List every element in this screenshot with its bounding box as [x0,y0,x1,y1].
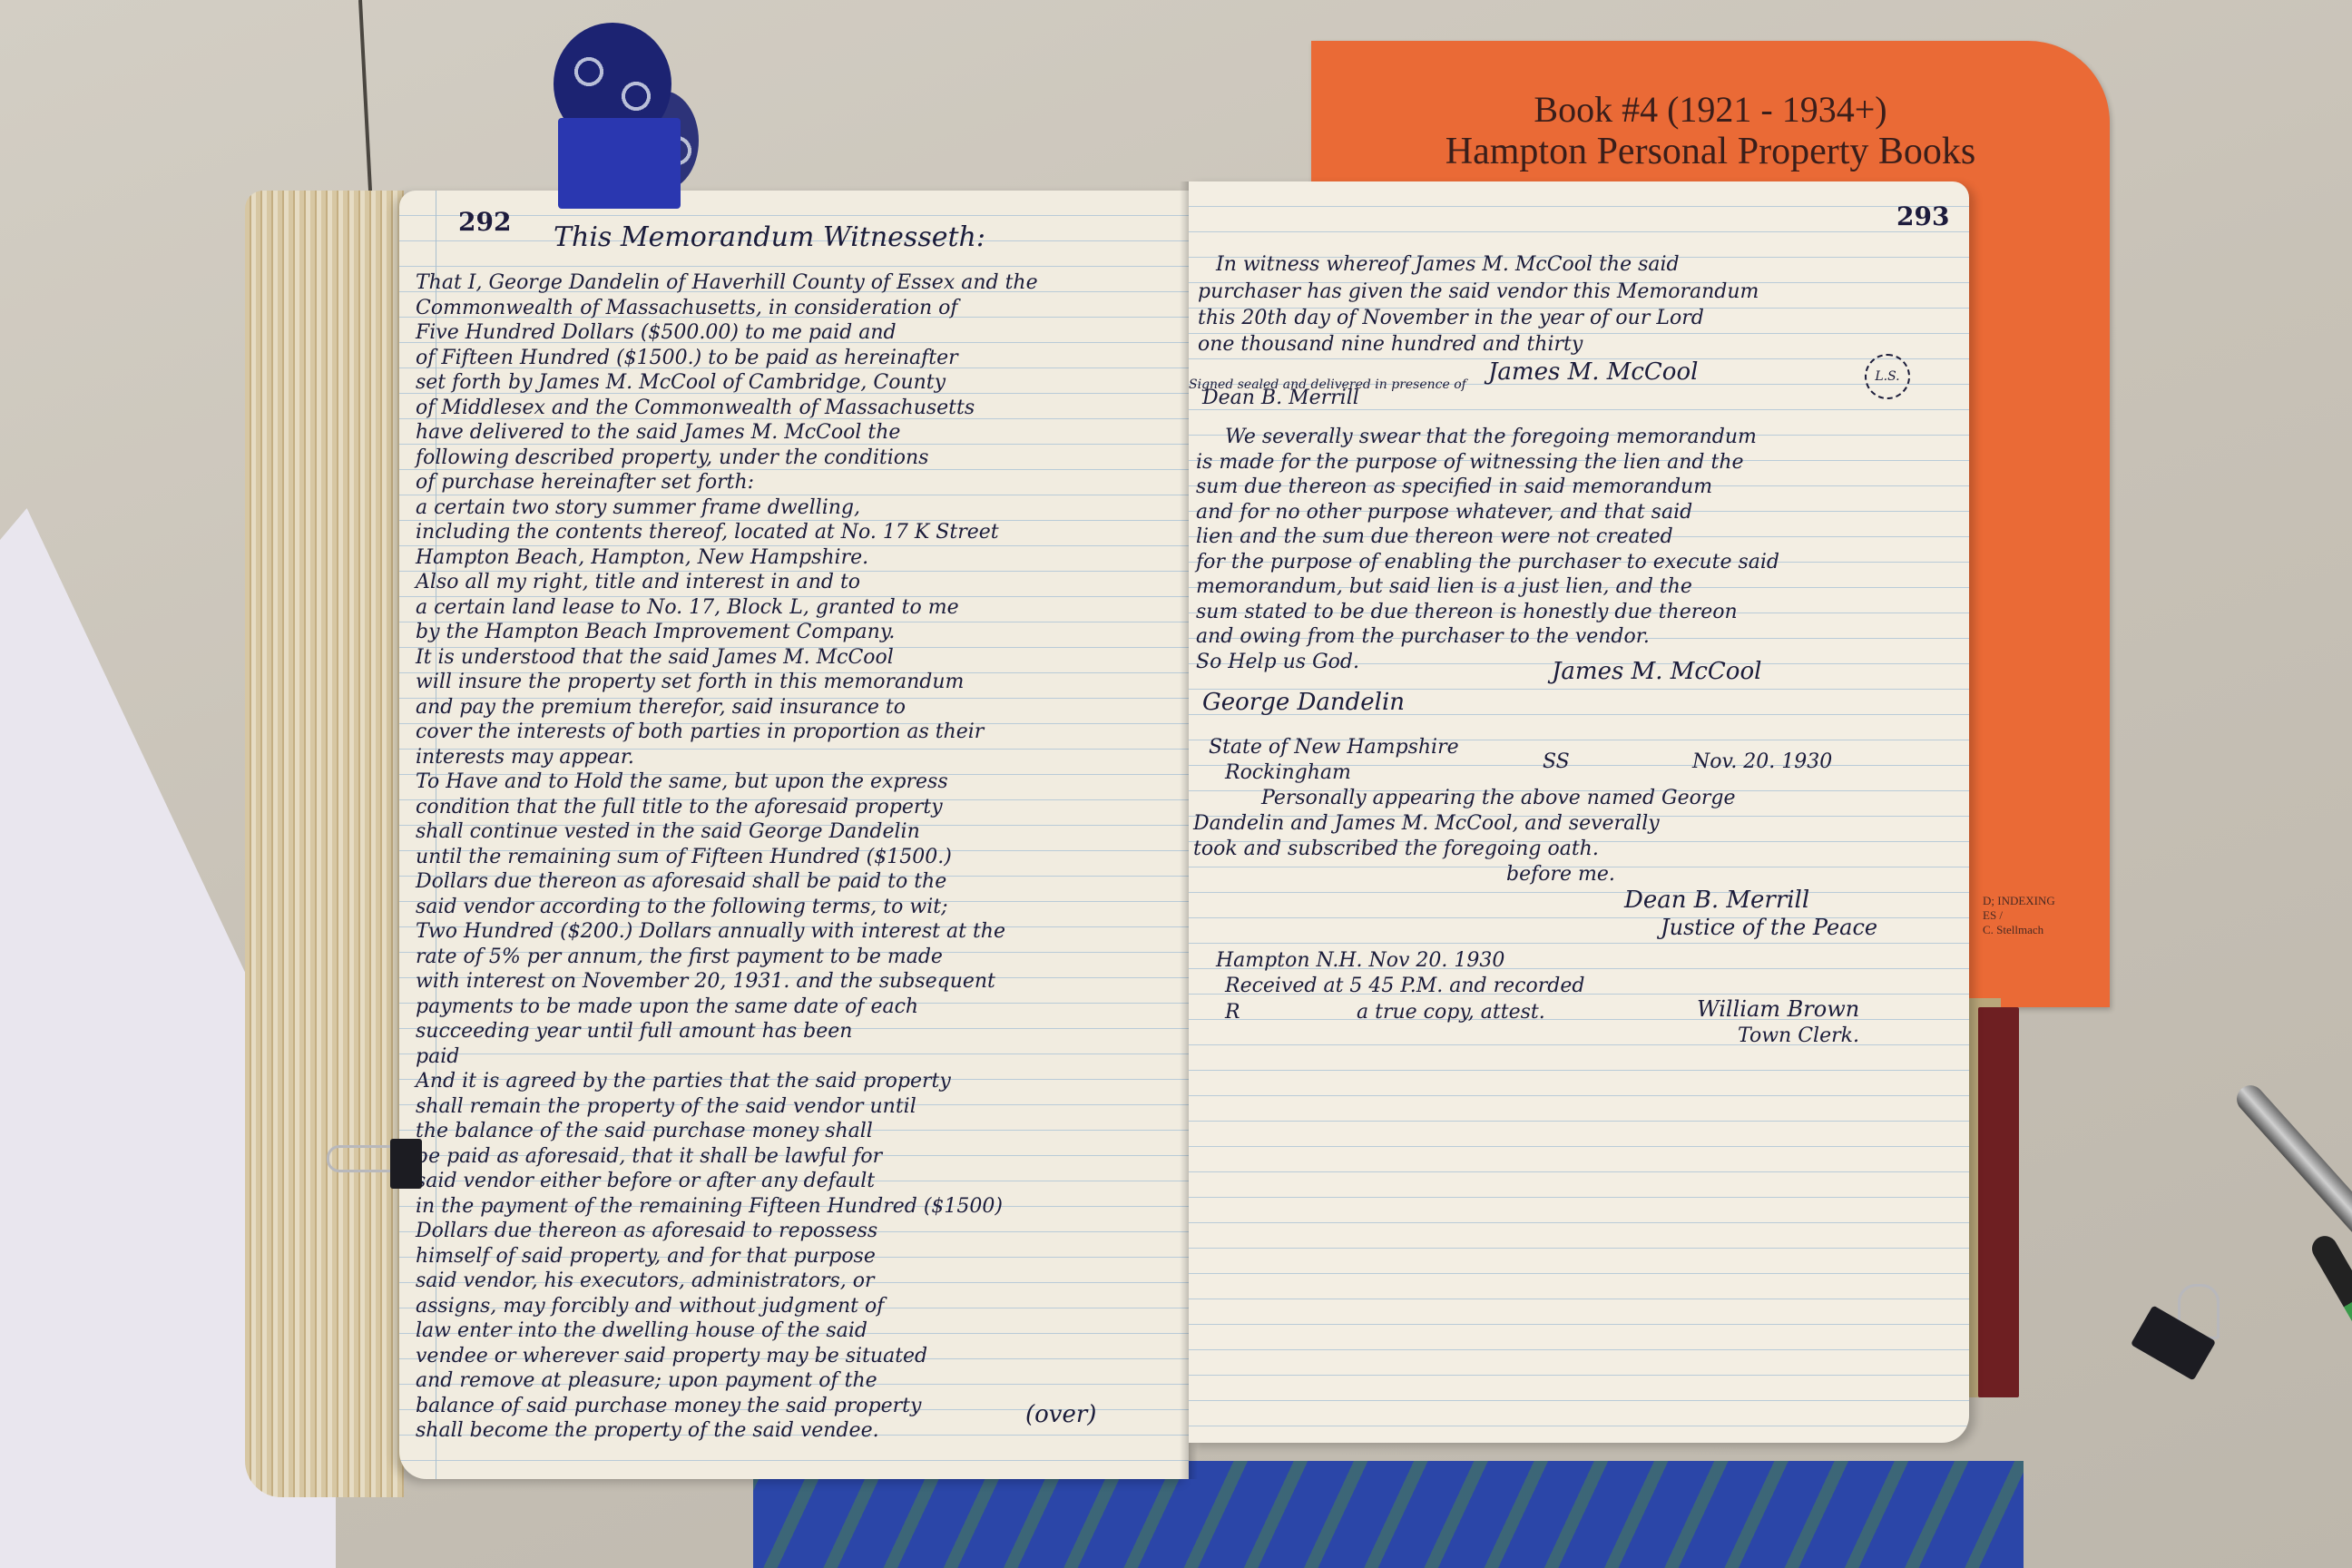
witness-line-3: this 20th day of November in the year of… [1198,306,1704,331]
left-text-line: by the Hampton Beach Improvement Company… [416,620,895,645]
blue-binder-clip [558,118,681,209]
ledger-page-right: 293 In witness whereof James M. McCool t… [1189,181,1969,1443]
orange-footer-line3: C. Stellmach [1983,923,2055,937]
orange-footer-line1: D; INDEXING [1983,894,2055,908]
left-text-line: Commonwealth of Massachusetts, in consid… [416,296,958,321]
left-text-line: set forth by James M. McCool of Cambridg… [416,370,946,396]
left-text-line: until the remaining sum of Fifteen Hundr… [416,845,952,870]
left-text-line: assigns, may forcibly and without judgme… [416,1294,884,1319]
left-text-line: cover the interests of both parties in p… [416,720,984,745]
left-text-line: rate of 5% per annum, the first payment … [416,945,943,970]
left-text-line: and pay the premium therefor, said insur… [416,695,906,720]
jurat-ss: SS [1543,750,1570,775]
memorandum-heading: This Memorandum Witnesseth: [554,225,985,250]
left-text-line: balance of said purchase money the said … [416,1394,921,1419]
left-text-line: the balance of the said purchase money s… [416,1119,873,1144]
recording-received: Received at 5 45 P.M. and recorded [1225,974,1584,999]
jurat-county: Rockingham [1225,760,1351,786]
ledger-page-left: 292 This Memorandum Witnesseth: That I, … [399,191,1189,1479]
oath-text-line: for the purpose of enabling the purchase… [1196,550,1779,575]
left-text-line: To Have and to Hold the same, but upon t… [416,769,948,795]
oath-text-line: lien and the sum due thereon were not cr… [1196,524,1673,550]
binder-clip-wire [327,1145,400,1172]
left-text-line: Dollars due thereon as aforesaid to repo… [416,1219,877,1244]
jurat-line-1: Personally appearing the above named Geo… [1261,786,1736,811]
left-text-line: vendee or wherever said property may be … [416,1344,927,1369]
oath-text-line: sum due thereon as specified in said mem… [1196,475,1712,500]
orange-footer-line2: ES / [1983,908,2055,923]
witness-line-1: In witness whereof James M. McCool the s… [1216,252,1680,278]
left-text-line: himself of said property, and for that p… [416,1244,876,1269]
left-text-line: shall remain the property of the said ve… [416,1094,916,1120]
left-text-line: shall continue vested in the said George… [416,819,920,845]
oath-text-line: is made for the purpose of witnessing th… [1196,450,1744,475]
page-number-left: 292 [458,207,511,237]
jurat-state: State of New Hampshire [1209,735,1459,760]
book-cover-spine [1978,1007,2019,1397]
left-text-line: a certain two story summer frame dwellin… [416,495,860,521]
recording-r-mark: R [1225,1000,1240,1025]
left-text-line: in the payment of the remaining Fifteen … [416,1194,1003,1220]
jurat-line-3: took and subscribed the foregoing oath. [1193,837,1599,862]
left-text-line: shall become the property of the said ve… [416,1418,879,1444]
page-number-right: 293 [1896,201,1949,231]
oath-text-line: So Help us God. [1196,650,1359,675]
recording-attest: a true copy, attest. [1357,1000,1545,1025]
orange-title-line1: Book #4 (1921 - 1934+) [1311,88,2110,131]
clerk-signature: William Brown [1697,996,1859,1022]
left-text-line: of Fifteen Hundred ($1500.) to be paid a… [416,346,958,371]
left-text-line: That I, George Dandelin of Haverhill Cou… [416,270,1038,296]
left-text-line: And it is agreed by the parties that the… [416,1069,951,1094]
left-text-line: and remove at pleasure; upon payment of … [416,1368,877,1394]
over-note: (over) [1025,1402,1096,1427]
left-text-line: said vendor either before or after any d… [416,1169,875,1194]
left-text-line: a certain land lease to No. 17, Block L,… [416,595,959,621]
seal-icon: L.S. [1865,354,1910,399]
left-text-line: Dollars due thereon as aforesaid shall b… [416,869,946,895]
left-text-line: law enter into the dwelling house of the… [416,1318,867,1344]
signature-mccool: James M. McCool [1488,359,1698,385]
left-text-line: will insure the property set forth in th… [416,670,964,695]
left-text-line: including the contents thereof, located … [416,520,999,545]
left-text-line: be paid as aforesaid, that it shall be l… [416,1144,882,1170]
left-text-line: succeeding year until full amount has be… [416,1019,852,1044]
left-text-line: Also all my right, title and interest in… [416,570,860,595]
oath-text-line: We severally swear that the foregoing me… [1225,425,1757,450]
left-text-line: said vendor according to the following t… [416,895,948,920]
black-binder-clip [390,1139,422,1189]
clerk-title: Town Clerk. [1738,1024,1859,1049]
left-text-line: with interest on November 20, 1931. and … [416,969,995,995]
oath-signature-mccool: James M. McCool [1552,659,1761,684]
left-text-line: Five Hundred Dollars ($500.00) to me pai… [416,320,897,346]
jurat-title: Justice of the Peace [1661,915,1877,940]
left-text-line: following described property, under the … [416,446,928,471]
witness-line-2: purchaser has given the said vendor this… [1198,279,1759,305]
left-text-line: Two Hundred ($200.) Dollars annually wit… [416,919,1005,945]
jurat-before-me: before me. [1506,862,1615,887]
jurat-line-2: Dandelin and James M. McCool, and severa… [1193,811,1660,837]
oath-text-line: memorandum, but said lien is a just lien… [1196,574,1692,600]
orange-footer-note: D; INDEXING ES / C. Stellmach [1983,894,2055,937]
recording-place-date: Hampton N.H. Nov 20. 1930 [1216,948,1504,974]
left-text-line: condition that the full title to the afo… [416,795,943,820]
oath-text-line: and for no other purpose whatever, and t… [1196,500,1692,525]
ragged-page-stack [245,191,404,1497]
witness-line-4: one thousand nine hundred and thirty [1198,332,1583,358]
jurat-signature-merrill: Dean B. Merrill [1624,887,1809,913]
oath-text-line: sum stated to be due thereon is honestly… [1196,600,1738,625]
oath-signature-dandelin: George Dandelin [1202,690,1405,715]
left-text-line: Hampton Beach, Hampton, New Hampshire. [416,545,868,571]
left-text-line: interests may appear. [416,745,634,770]
left-text-line: It is understood that the said James M. … [416,645,894,671]
signature-merrill-witness: Dean B. Merrill [1202,386,1359,411]
left-text-line: payments to be made upon the same date o… [416,995,918,1020]
orange-title-line2: Hampton Personal Property Books [1311,130,2110,173]
left-text-line: said vendor, his executors, administrato… [416,1269,875,1294]
left-text-line: paid [416,1044,459,1070]
left-text-line: of Middlesex and the Commonwealth of Mas… [416,396,975,421]
left-text-line: of purchase hereinafter set forth: [416,470,754,495]
oath-text-line: and owing from the purchaser to the vend… [1196,624,1650,650]
left-text-line: have delivered to the said James M. McCo… [416,420,900,446]
jurat-date: Nov. 20. 1930 [1692,750,1832,775]
seal-label: L.S. [1875,369,1899,384]
